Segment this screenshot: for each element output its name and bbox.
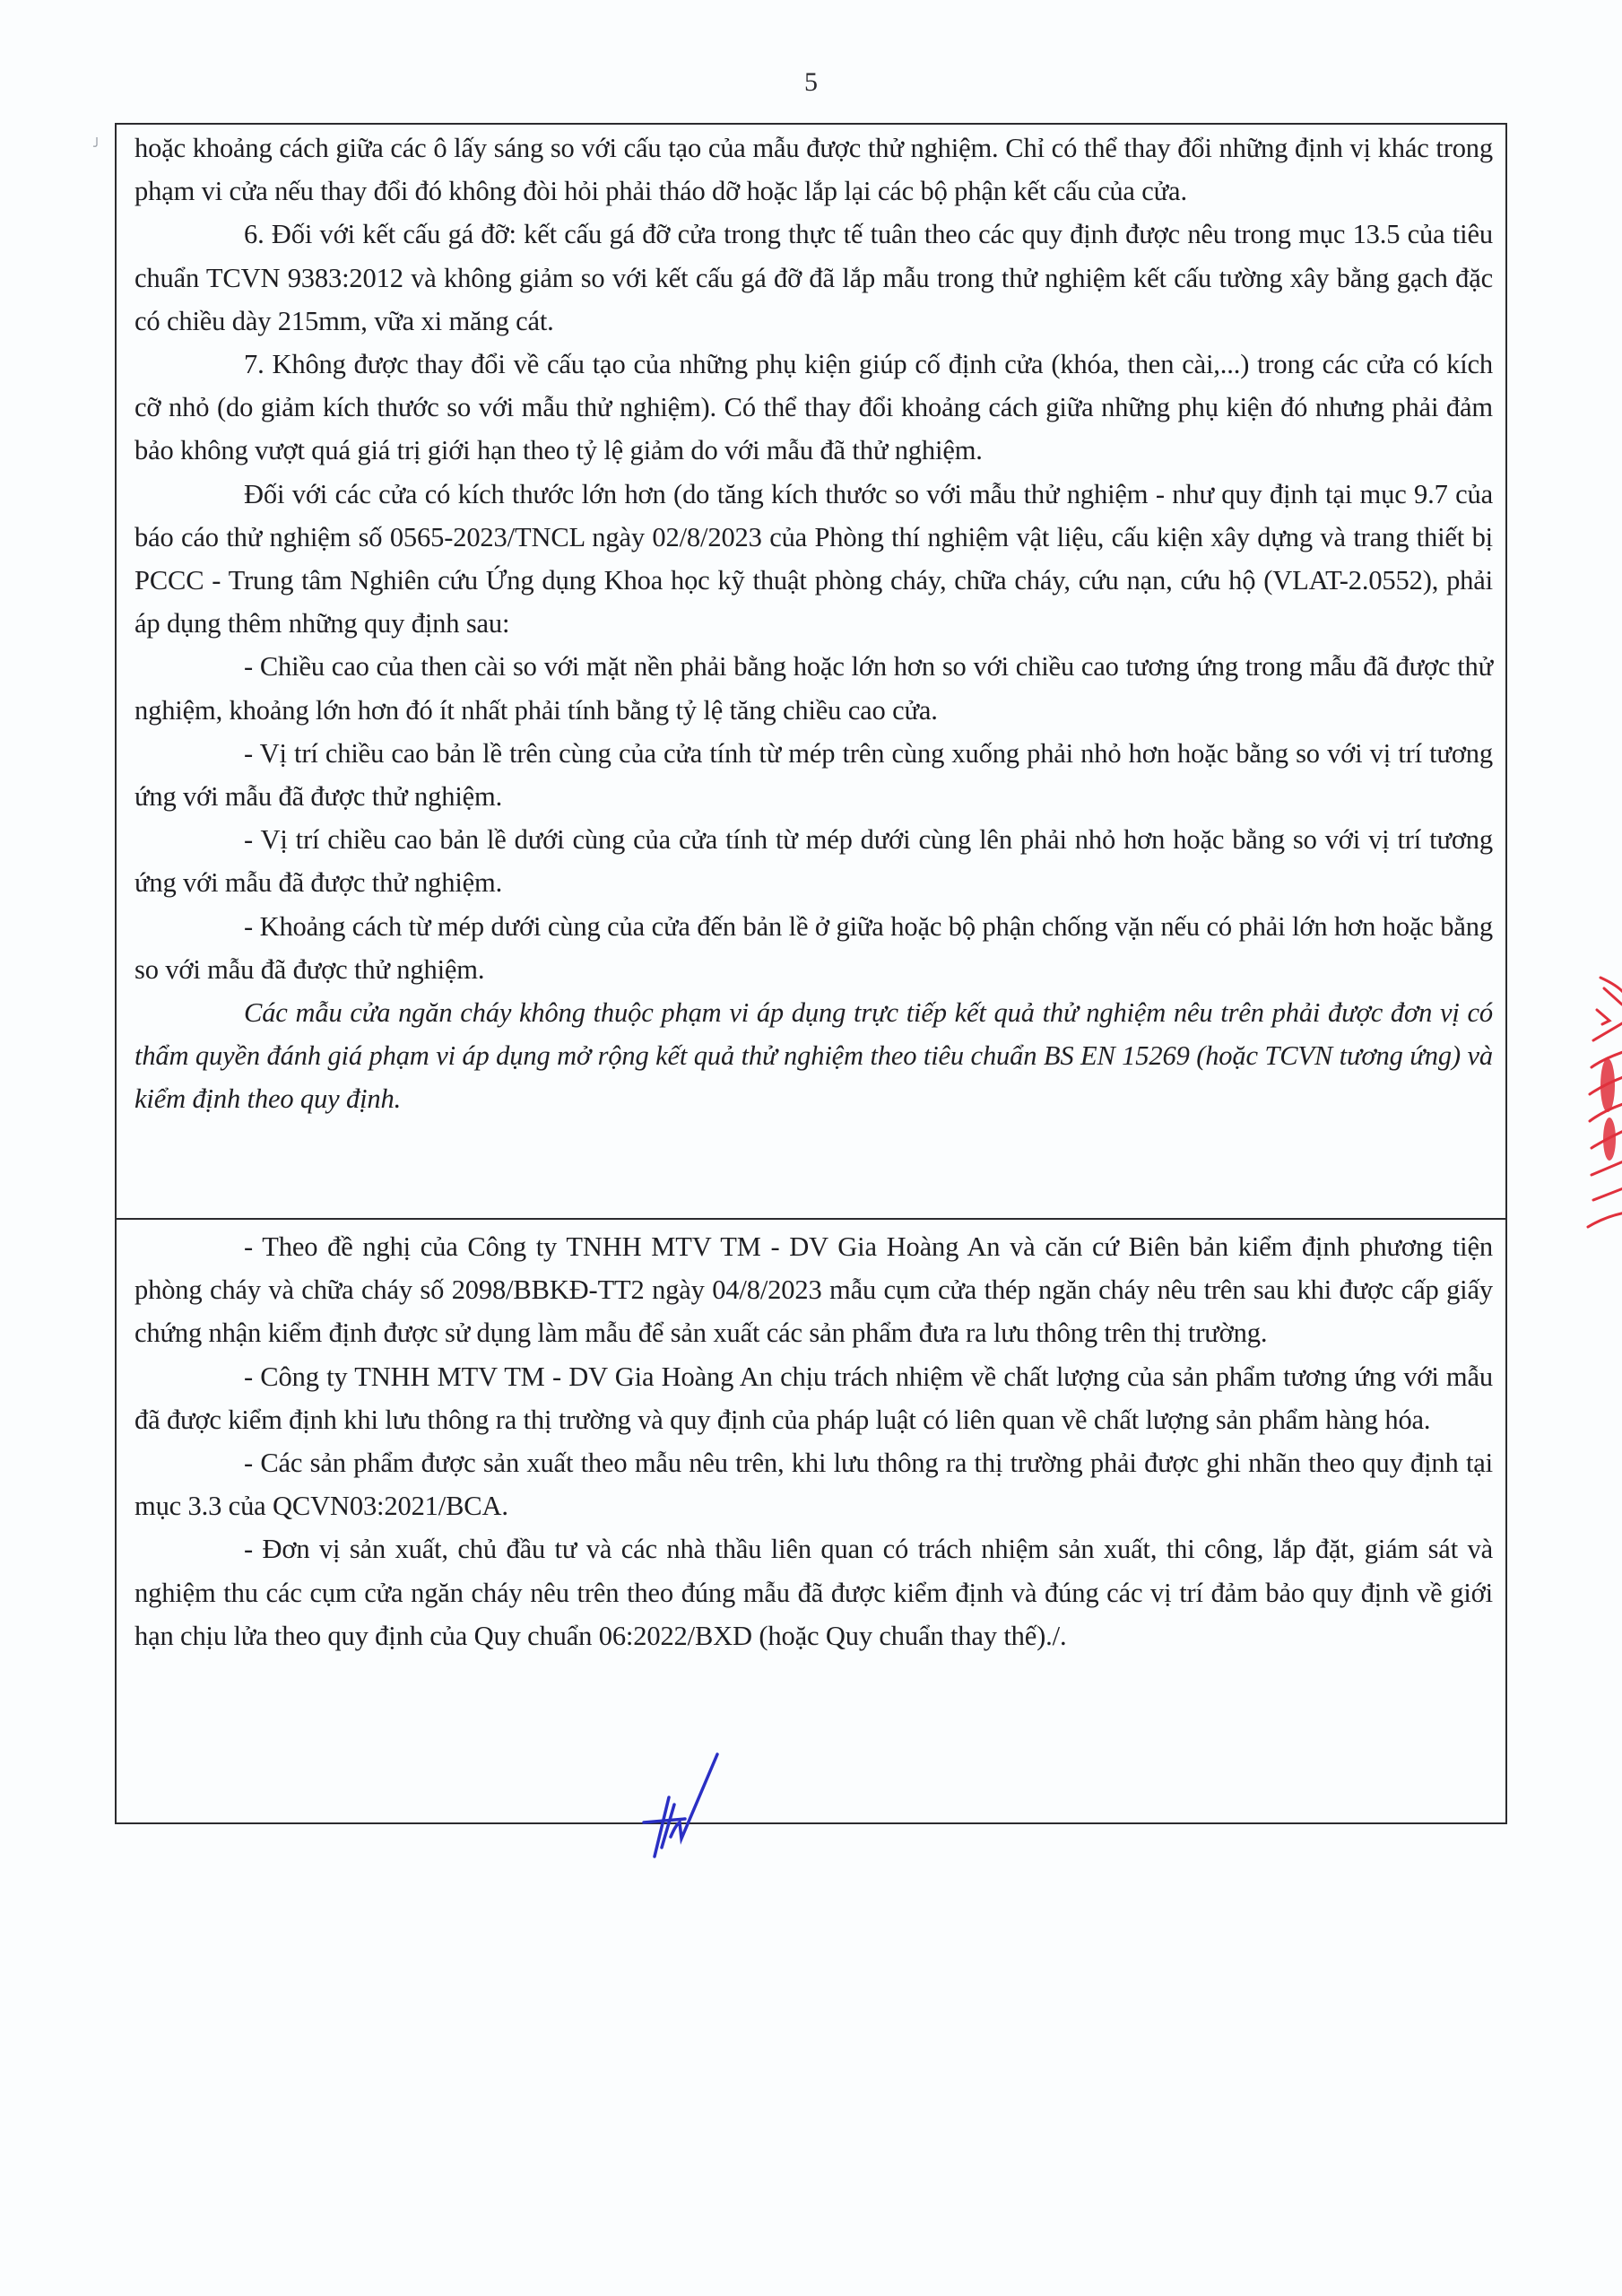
paragraph-proposal: - Theo đề nghị của Công ty TNHH MTV TM -… xyxy=(134,1225,1493,1355)
signature-icon xyxy=(628,1751,726,1858)
paragraph-middle-hinge: - Khoảng cách từ mép dưới cùng của cửa đ… xyxy=(134,905,1493,991)
paragraph-top-hinge: - Vị trí chiều cao bản lề trên cùng của … xyxy=(134,732,1493,818)
section-divider xyxy=(117,1218,1505,1220)
paragraph-item-7: 7. Không được thay đổi về cấu tạo của nh… xyxy=(134,343,1493,473)
application-scope-section: hoặc khoảng cách giữa các ô lấy sáng so … xyxy=(117,126,1505,1220)
paragraph-responsibility: - Công ty TNHH MTV TM - DV Gia Hoàng An … xyxy=(134,1355,1493,1441)
content-box: hoặc khoảng cách giữa các ô lấy sáng so … xyxy=(115,123,1507,1824)
paragraph-extended-scope-note: Các mẫu cửa ngăn cháy không thuộc phạm v… xyxy=(134,991,1493,1121)
paragraph-larger-doors: Đối với các cửa có kích thước lớn hơn (d… xyxy=(134,473,1493,646)
stamp-icon xyxy=(1574,969,1622,1238)
paragraph-bolt-height: - Chiều cao của then cài so với mặt nền … xyxy=(134,645,1493,731)
conclusions-section: - Theo đề nghị của Công ty TNHH MTV TM -… xyxy=(117,1225,1505,1817)
margin-mark-icon xyxy=(91,136,100,149)
paragraph-installation: - Đơn vị sản xuất, chủ đầu tư và các nhà… xyxy=(134,1527,1493,1657)
page-number: 5 xyxy=(0,66,1622,99)
paragraph-item-6: 6. Đối với kết cấu gá đỡ: kết cấu gá đỡ … xyxy=(134,213,1493,343)
paragraph-bottom-hinge: - Vị trí chiều cao bản lề dưới cùng của … xyxy=(134,818,1493,904)
paragraph-labeling: - Các sản phẩm được sản xuất theo mẫu nê… xyxy=(134,1441,1493,1527)
paragraph-continuation: hoặc khoảng cách giữa các ô lấy sáng so … xyxy=(134,126,1493,213)
